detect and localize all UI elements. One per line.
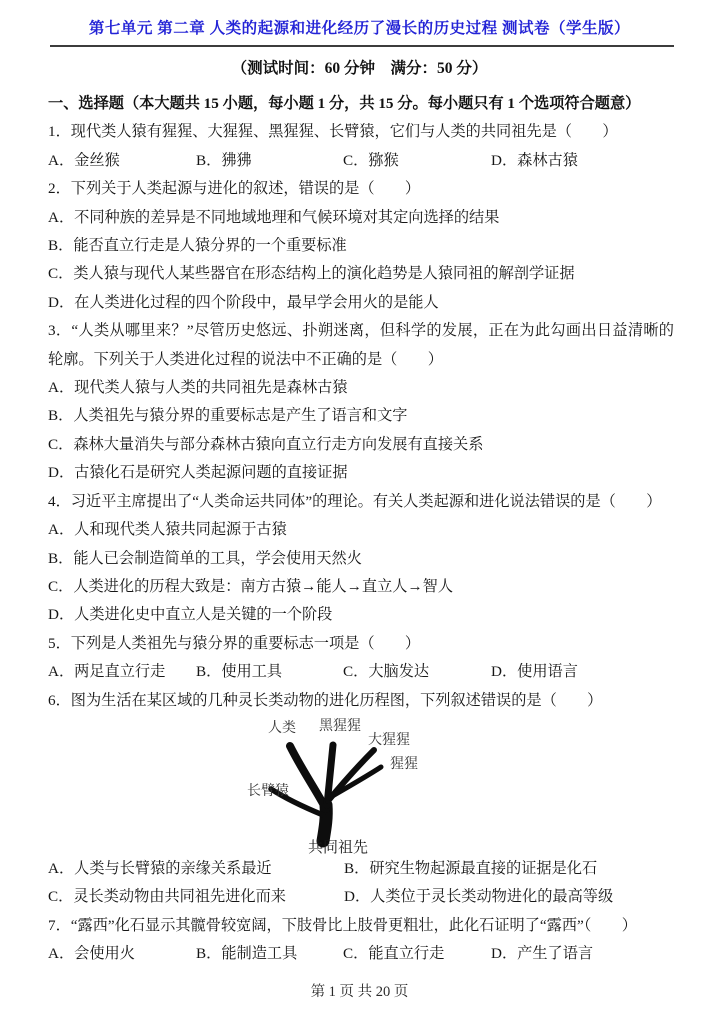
question-7-options: A．会使用火 B．能制造工具 C．能直立行走 D．产生了语言 bbox=[48, 940, 674, 968]
question-2-option-c: C．类人猿与现代人某些器官在形态结构上的演化趋势是人猿同祖的解剖学证据 bbox=[48, 260, 674, 288]
tree-branch-human bbox=[290, 746, 326, 809]
question-4-stem: 4．习近平主席提出了“人类命运共同体”的理论。有关人类起源和进化说法错误的是（ … bbox=[48, 488, 674, 516]
tree-label-gorilla: 大猩猩 bbox=[368, 731, 410, 748]
question-6-option-b: B．研究生物起源最直接的证据是化石 bbox=[344, 855, 674, 883]
question-7-option-b: B．能制造工具 bbox=[196, 940, 343, 968]
question-3-option-a: A．现代类人猿与人类的共同祖先是森林古猿 bbox=[48, 374, 674, 402]
tree-label-chimpanzee: 黑猩猩 bbox=[319, 718, 361, 734]
evolution-tree-svg: 人类 黑猩猩 大猩猩 猩猩 长臂猿 共同祖先 bbox=[226, 715, 488, 855]
question-3-option-d: D．古猿化石是研究人类起源问题的直接证据 bbox=[48, 459, 674, 487]
page-number: 第 1 页 共 20 页 bbox=[0, 980, 719, 1001]
question-1-option-a: A．金丝猴 bbox=[48, 147, 196, 175]
question-5-option-a: A．两足直立行走 bbox=[48, 658, 196, 686]
question-5-stem: 5．下列是人类祖先与猿分界的重要标志一项是（ ） bbox=[48, 630, 674, 658]
question-2-option-b: B．能否直立行走是人猿分界的一个重要标准 bbox=[48, 232, 674, 260]
question-6-option-d: D．人类位于灵长类动物进化的最高等级 bbox=[344, 883, 674, 911]
evolution-tree-figure: 人类 黑猩猩 大猩猩 猩猩 长臂猿 共同祖先 bbox=[226, 715, 488, 855]
question-4-option-b: B．能人已会制造简单的工具，学会使用天然火 bbox=[48, 545, 674, 573]
exam-time-score-info: （测试时间：60 分钟 满分：50 分） bbox=[0, 56, 719, 78]
question-5-option-b: B．使用工具 bbox=[196, 658, 343, 686]
question-7-option-d: D．产生了语言 bbox=[491, 940, 674, 968]
question-3-option-b: B．人类祖先与猿分界的重要标志是产生了语言和文字 bbox=[48, 402, 674, 430]
question-1-option-b: B．狒狒 bbox=[196, 147, 343, 175]
question-6-option-c: C．灵长类动物由共同祖先进化而来 bbox=[48, 883, 344, 911]
question-7-option-c: C．能直立行走 bbox=[343, 940, 491, 968]
question-6-options: A．人类与长臂猿的亲缘关系最近 B．研究生物起源最直接的证据是化石 C．灵长类动… bbox=[48, 855, 674, 912]
question-5-options: A．两足直立行走 B．使用工具 C．大脑发达 D．使用语言 bbox=[48, 658, 674, 686]
test-paper-page: 第七单元 第二章 人类的起源和进化经历了漫长的历史过程 测试卷（学生版） （测试… bbox=[0, 0, 719, 1024]
title-divider bbox=[50, 45, 674, 47]
question-3-stem: 3．“人类从哪里来？”尽管历史悠远、扑朔迷离，但科学的发展，正在为此勾画出日益清… bbox=[48, 317, 674, 374]
question-1-option-d: D．森林古猿 bbox=[491, 147, 674, 175]
question-4-option-a: A．人和现代类人猿共同起源于古猿 bbox=[48, 516, 674, 544]
tree-label-gibbon: 长臂猿 bbox=[247, 782, 289, 799]
section-heading: 一、选择题（本大题共 15 小题，每小题 1 分，共 15 分。每小题只有 1 … bbox=[48, 90, 674, 118]
question-7-option-a: A．会使用火 bbox=[48, 940, 196, 968]
question-2-stem: 2．下列关于人类起源与进化的叙述，错误的是（ ） bbox=[48, 175, 674, 203]
question-4-option-c: C．人类进化的历程大致是：南方古猿→能人→直立人→智人 bbox=[48, 573, 674, 601]
question-5-option-c: C．大脑发达 bbox=[343, 658, 491, 686]
question-1-stem: 1．现代类人猿有猩猩、大猩猩、黑猩猩、长臂猿，它们与人类的共同祖先是（ ） bbox=[48, 118, 674, 146]
question-6-stem: 6．图为生活在某区域的几种灵长类动物的进化历程图，下列叙述错误的是（ ） bbox=[48, 687, 674, 715]
question-6-option-a: A．人类与长臂猿的亲缘关系最近 bbox=[48, 855, 344, 883]
question-3-option-c: C．森林大量消失与部分森林古猿向直立行走方向发展有直接关系 bbox=[48, 431, 674, 459]
page-title: 第七单元 第二章 人类的起源和进化经历了漫长的历史过程 测试卷（学生版） bbox=[0, 0, 719, 38]
tree-label-human: 人类 bbox=[268, 719, 296, 736]
question-2-option-d: D．在人类进化过程的四个阶段中，最早学会用火的是能人 bbox=[48, 289, 674, 317]
tree-label-common-ancestor: 共同祖先 bbox=[308, 839, 368, 855]
question-7-stem: 7．“露西”化石显示其髋骨较宽阔，下肢骨比上肢骨更粗壮，此化石证明了“露西”（ … bbox=[48, 912, 674, 940]
question-2-option-a: A．不同种族的差异是不同地域地理和气候环境对其定向选择的结果 bbox=[48, 204, 674, 232]
tree-label-orangutan: 猩猩 bbox=[390, 756, 418, 772]
question-5-option-d: D．使用语言 bbox=[491, 658, 674, 686]
question-1-option-c: C．猕猴 bbox=[343, 147, 491, 175]
question-1-options: A．金丝猴 B．狒狒 C．猕猴 D．森林古猿 bbox=[48, 147, 674, 175]
question-4-option-d: D．人类进化史中直立人是关键的一个阶段 bbox=[48, 601, 674, 629]
